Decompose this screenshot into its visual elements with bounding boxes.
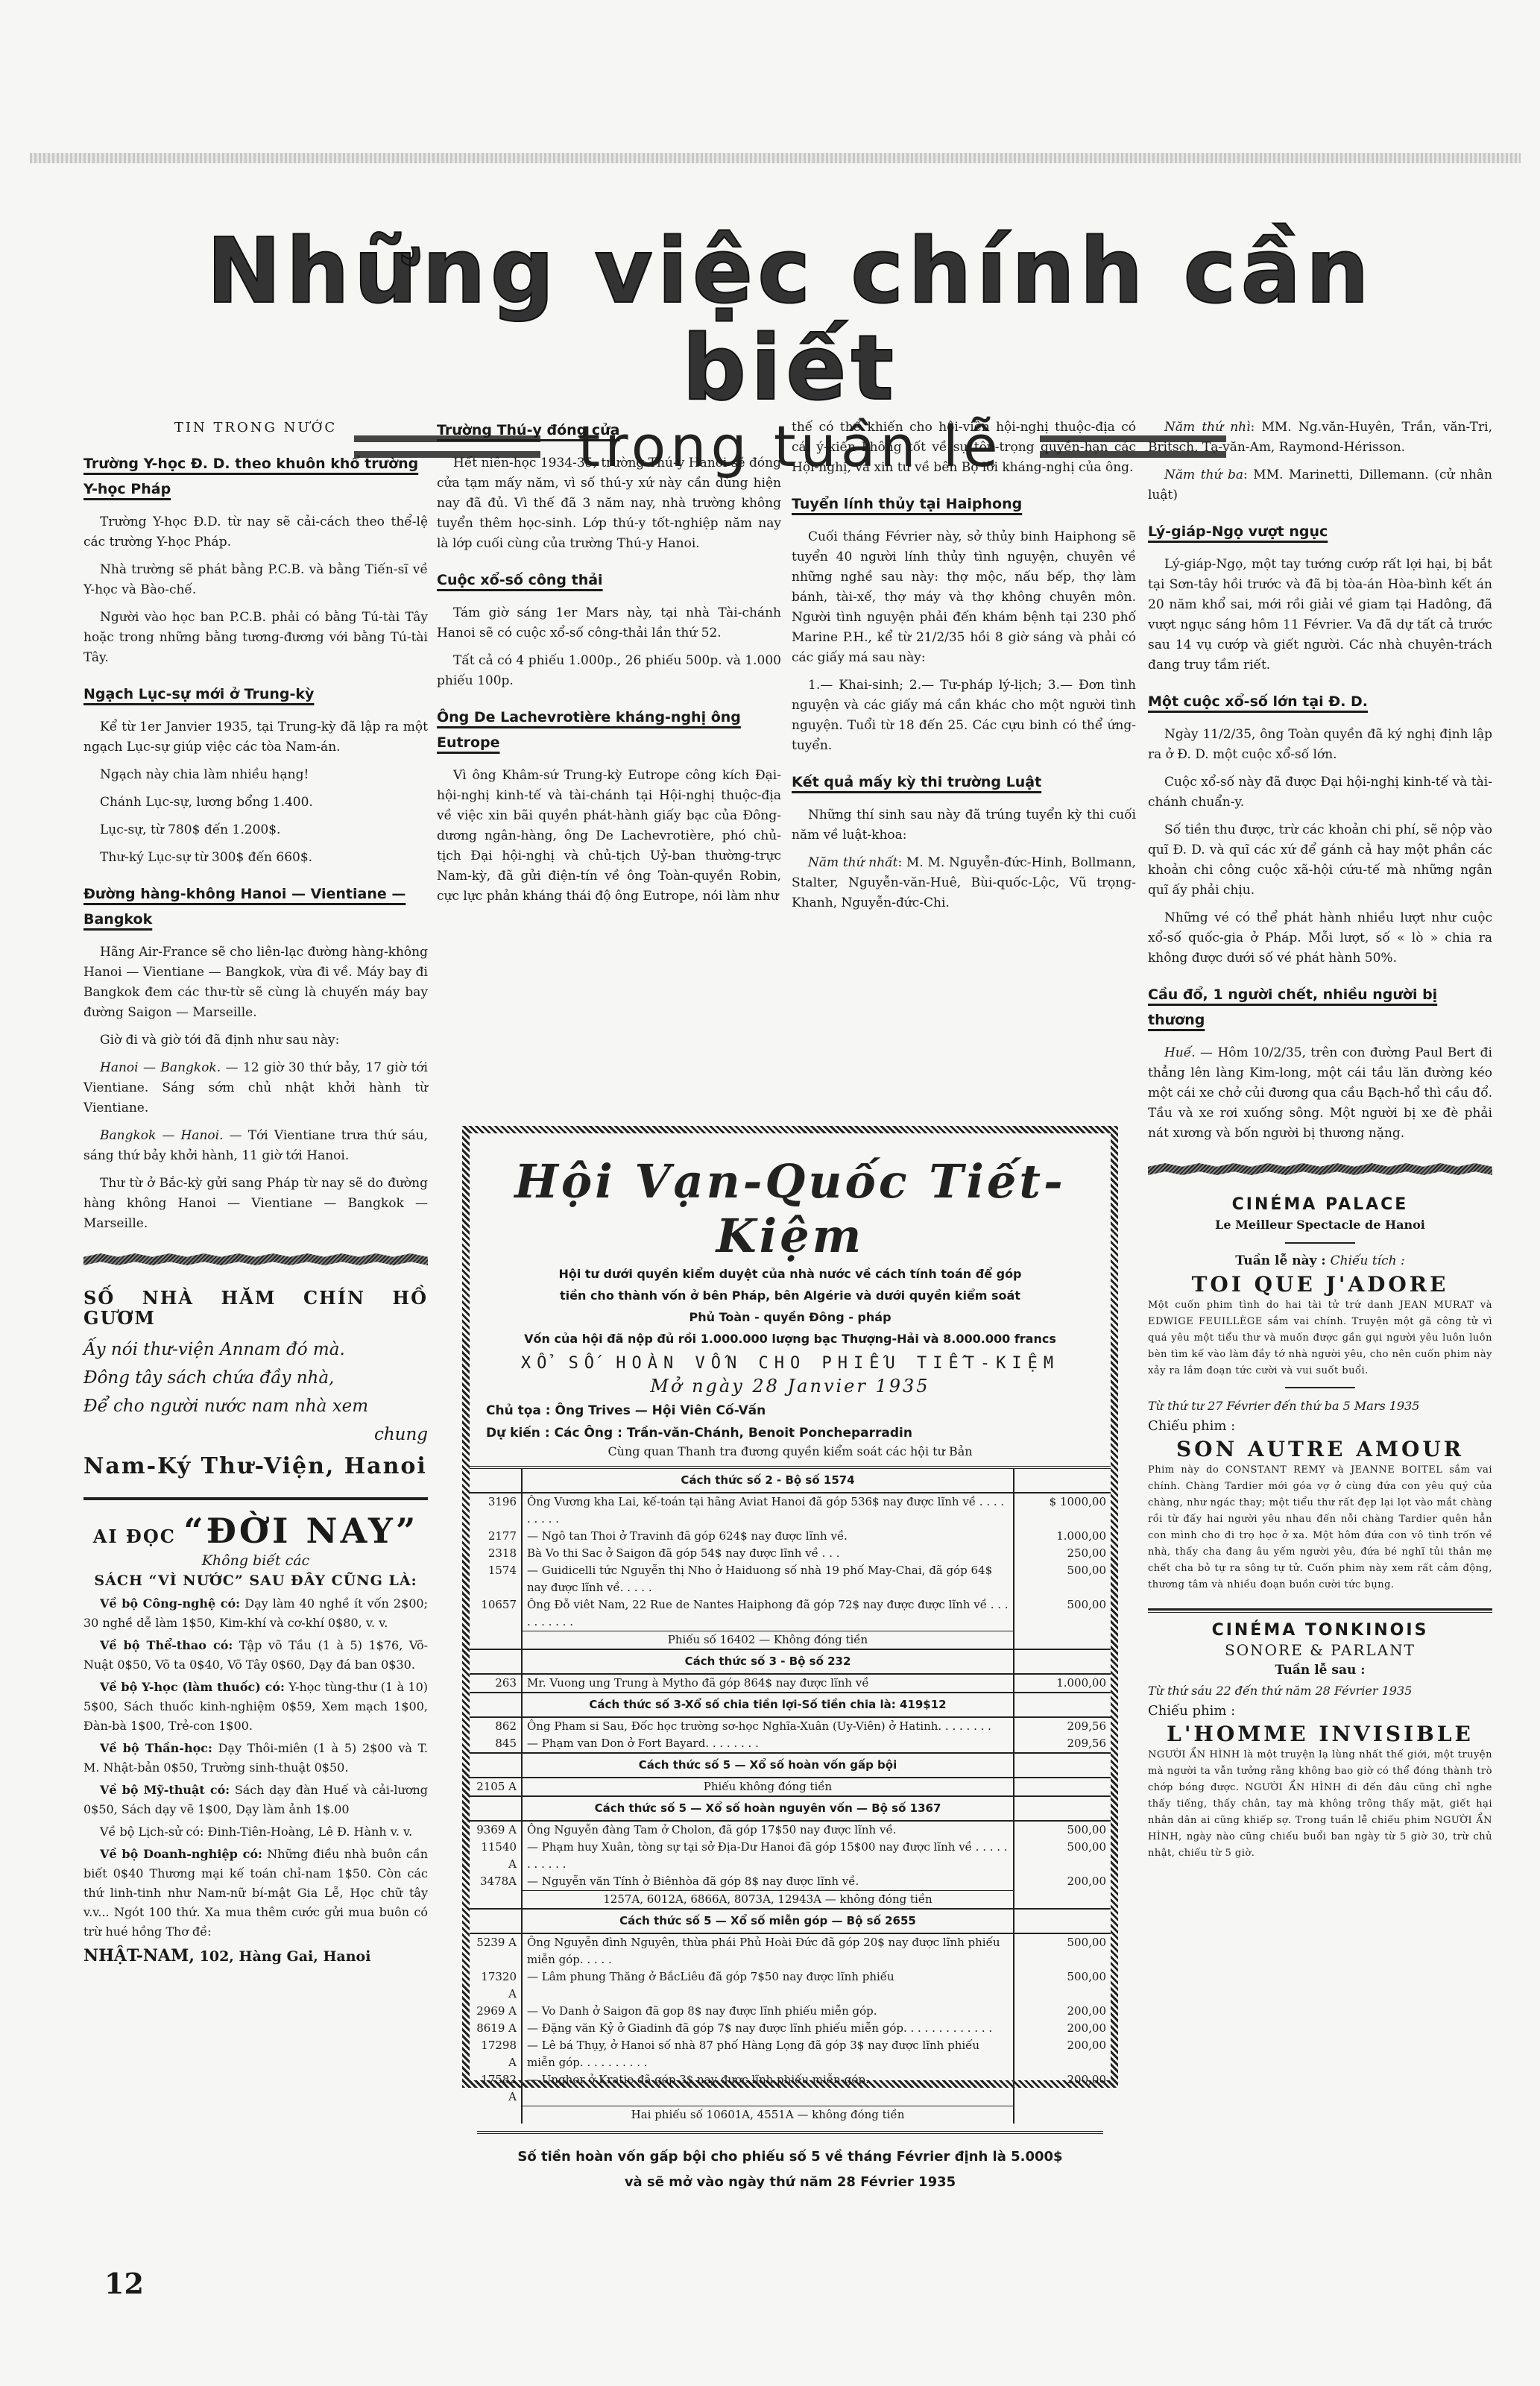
payout-amount <box>1014 1753 1111 1778</box>
winner-description: Ông Đỗ viêt Nam, 22 Rue de Nantes Haipho… <box>522 1596 1014 1631</box>
table-row: 2969 A— Vo Danh ở Saigon đã gop 8$ nay đ… <box>470 2003 1111 2020</box>
payout-amount <box>1014 1891 1111 1910</box>
payout-amount: $ 1000,00 <box>1014 1493 1111 1528</box>
table-section-header: Cách thức số 3 - Bộ số 232 <box>470 1649 1111 1674</box>
table-row: 17298 A— Lê bá Thụy, ở Hanoi số nhà 87 p… <box>470 2037 1111 2071</box>
ticket-number: 1574 <box>470 1562 522 1596</box>
table-section-header: Cách thức số 5 — Xổ số hoàn vốn gấp bội <box>470 1753 1111 1778</box>
ticket-number: 3478A <box>470 1873 522 1891</box>
article-headline: Kết quả mấy kỳ thi trường Luật <box>792 769 1136 795</box>
ticket-number: 2318 <box>470 1545 522 1562</box>
article-paragraph: Ngày 11/2/35, ông Toàn quyền đã ký nghị … <box>1148 725 1492 765</box>
book-category: Về bộ Thần-học: Dạy Thôi-miên (1 à 5) 2$… <box>83 1739 428 1778</box>
ticket-number: 10657 <box>470 1596 522 1631</box>
table-row: 1574— Guidicelli tức Nguyễn thị Nho ở Ha… <box>470 1562 1111 1596</box>
article-paragraph: 1.— Khai-sinh; 2.— Tư-pháp lý-lịch; 3.— … <box>792 676 1136 756</box>
payout-amount: 500,00 <box>1014 1933 1111 1968</box>
article-paragraph: Ngạch này chia làm nhiều hạng! <box>83 765 428 785</box>
payout-amount: 200,00 <box>1014 2071 1111 2106</box>
ticket-number <box>470 1649 522 1674</box>
winner-description: Ông Vương kha Lai, kế-toán tại hãng Avia… <box>522 1493 1014 1528</box>
ad-heading: SỐ NHÀ HĂM CHÍN HỒ GƯƠM <box>83 1288 428 1328</box>
article-public-lottery: Cuộc xổ-số công thải Tám giờ sáng 1er Ma… <box>437 567 781 691</box>
article-paragraph: Vì ông Khâm-sứ Trung-kỳ Eutrope công kíc… <box>437 766 781 907</box>
payout-amount: 500,00 <box>1014 1839 1111 1873</box>
article-veterinary-school: Trường Thú-y đóng cửa Hết niên-học 1934-… <box>437 418 781 554</box>
route-label: Hanoi — Bangkok. <box>100 1060 221 1075</box>
cinema-name: CINÉMA TONKINOIS <box>1148 1620 1492 1640</box>
article-paragraph: Năm thứ nhì: MM. Ng.văn-Huyên, Trần, văn… <box>1148 418 1492 458</box>
double-rule <box>1148 1608 1492 1613</box>
table-row: 263Mr. Vuong ung Trung à Mytho đã góp 86… <box>470 1674 1111 1693</box>
table-row: 9369 AÔng Nguyễn đàng Tam ở Cholon, đã g… <box>470 1821 1111 1839</box>
book-category: Về bộ Lịch-sử có: Đinh-Tiên-Hoàng, Lê Đ.… <box>83 1822 428 1842</box>
article-paragraph: Tất cả có 4 phiếu 1.000p., 26 phiếu 500p… <box>437 651 781 691</box>
payout-amount <box>1014 1909 1111 1933</box>
winner-description: 1257A, 6012A, 6866A, 8073A, 12943A — khô… <box>522 1891 1014 1910</box>
table-note-row: Phiếu số 16402 — Không đóng tiền <box>470 1631 1111 1650</box>
table-row: 8619 A— Đặng văn Kỷ ở Giadinh đã góp 7$ … <box>470 2020 1111 2037</box>
payout-amount: 200,00 <box>1014 2037 1111 2071</box>
article-paragraph: Chánh Lục-sự, lương bổng 1.400. <box>83 793 428 813</box>
article-headline: Cuộc xổ-số công thải <box>437 567 781 593</box>
winner-description: — Nguyễn văn Tính ở Biênhòa đã góp 8$ na… <box>522 1873 1014 1891</box>
table-row: 10657Ông Đỗ viêt Nam, 22 Rue de Nantes H… <box>470 1596 1111 1631</box>
book-category: Về bộ Y-học (làm thuốc) có: Y-học tùng-t… <box>83 1678 428 1736</box>
article-headline: Ngạch Lục-sự mới ở Trung-kỳ <box>83 682 428 707</box>
payout-amount <box>1014 1796 1111 1821</box>
table-note-row: 1257A, 6012A, 6866A, 8073A, 12943A — khô… <box>470 1891 1111 1910</box>
article-headline: Trường Thú-y đóng cửa <box>437 418 781 443</box>
page-number: 12 <box>104 2267 144 2300</box>
article-headline: Một cuộc xổ-số lớn tại Đ. D. <box>1148 689 1492 714</box>
ad-cinema-palace: CINÉMA PALACE Le Meilleur Spectacle de H… <box>1148 1194 1492 1593</box>
payout-amount: 250,00 <box>1014 1545 1111 1562</box>
article-paragraph: Thư từ ở Bắc-kỳ gửi sang Pháp từ nay sẽ … <box>83 1174 428 1234</box>
book-category: Về bộ Mỹ-thuật có: Sách dạy đàn Huế và c… <box>83 1781 428 1819</box>
short-rule <box>1285 1387 1355 1388</box>
article-air-route: Đường hàng-không Hanoi — Vientiane — Ban… <box>83 881 428 1234</box>
payout-amount <box>1014 1649 1111 1674</box>
ticket-number: 862 <box>470 1717 522 1735</box>
article-medical-school: Trường Y-học Đ. D. theo khuôn khổ trường… <box>83 451 428 668</box>
article-paragraph: Trường Y-học Đ.D. từ nay sẽ cải-cách the… <box>83 512 428 553</box>
article-paragraph: Lý-giáp-Ngọ, một tay tướng cướp rất lợi … <box>1148 555 1492 676</box>
table-row: 17320 A— Lâm phung Thăng ở BắcLiêu đã gó… <box>470 1968 1111 2003</box>
winner-description: — Vo Danh ở Saigon đã gop 8$ nay được lĩ… <box>522 2003 1014 2020</box>
ticket-number <box>470 1753 522 1778</box>
column-3: thế có thể khiến cho hội-viên hội-nghị t… <box>792 418 1136 921</box>
payout-amount: 500,00 <box>1014 1596 1111 1631</box>
route-label: Bangkok — Hanoi. <box>100 1128 224 1143</box>
ticket-number: 263 <box>470 1674 522 1693</box>
article-paragraph: Những thí sinh sau này đã trúng tuyển kỳ… <box>792 805 1136 846</box>
article-paragraph: Cuối tháng Février này, sở thủy binh Hai… <box>792 527 1136 668</box>
article-paragraph: Hết niên-học 1934-35, trường Thú-y Hanoi… <box>437 453 781 554</box>
film-description: Một cuốn phim tình do hai tài tử trứ dan… <box>1148 1297 1492 1379</box>
table-note-row: Hai phiếu số 10601A, 4551A — không đóng … <box>470 2106 1111 2124</box>
payout-amount: 1.000,00 <box>1014 1674 1111 1693</box>
winner-description: — Lê bá Thụy, ở Hanoi số nhà 87 phố Hàng… <box>522 2037 1014 2071</box>
ticket-number <box>470 1631 522 1650</box>
publisher-address: NHẬT-NAM, 102, Hàng Gai, Hanoi <box>83 1946 428 1967</box>
article-paragraph: Hãng Air-France sẽ cho liên-lạc đường hà… <box>83 942 428 1023</box>
ticket-number <box>470 2106 522 2124</box>
winner-description: — Phạm van Don ở Fort Bayard. . . . . . … <box>522 1735 1014 1753</box>
winner-description: Cách thức số 5 — Xổ số hoàn vốn gấp bội <box>522 1753 1014 1778</box>
table-row: 2105 APhiếu không đóng tiền <box>470 1778 1111 1796</box>
winner-description: Phiếu số 16402 — Không đóng tiền <box>522 1631 1014 1650</box>
ad-title: Hội Vạn-Quốc Tiết-Kiệm <box>470 1154 1111 1263</box>
column-4: Năm thứ nhì: MM. Ng.văn-Huyên, Trần, văn… <box>1148 418 1492 1862</box>
table-row: 5239 AÔng Nguyễn đình Nguyên, thừa phái … <box>470 1933 1111 1968</box>
article-paragraph: Những vé có thể phát hành nhiều lượt như… <box>1148 908 1492 969</box>
table-row: 3478A— Nguyễn văn Tính ở Biênhòa đã góp … <box>470 1873 1111 1891</box>
article-paragraph: Năm thứ nhất: M. M. Nguyễn-đức-Hinh, Bol… <box>792 853 1136 913</box>
article-headline: Đường hàng-không Hanoi — Vientiane — Ban… <box>83 881 428 932</box>
article-paragraph: Kể từ 1er Janvier 1935, tại Trung-kỳ đã … <box>83 717 428 758</box>
ticket-number: 17582 A <box>470 2071 522 2106</box>
winner-description: Cách thức số 3 - Bộ số 232 <box>522 1649 1014 1674</box>
article-paragraph: Năm thứ ba: MM. Marinetti, Dillemann. (c… <box>1148 465 1492 506</box>
table-row: 845— Phạm van Don ở Fort Bayard. . . . .… <box>470 1735 1111 1753</box>
payout-amount: 200,00 <box>1014 2003 1111 2020</box>
column-1: TIN TRONG NƯỚC Trường Y-học Đ. D. theo k… <box>83 418 428 1967</box>
book-category: Về bộ Thể-thao có: Tập võ Tầu (1 à 5) 1$… <box>83 1636 428 1675</box>
ad-poem: Ấy nói thư-viện Annam đó mà. Đông tây sá… <box>83 1335 428 1449</box>
film-description: NGƯỜI ẨN HÌNH là một truyện lạ lùng nhất… <box>1148 1747 1492 1862</box>
ticket-number: 2969 A <box>470 2003 522 2020</box>
ad-hoi-van-quoc-tiet-kiem: Hội Vạn-Quốc Tiết-Kiệm Hội tư dưới quyền… <box>470 1133 1111 2195</box>
article-navy-recruit: Tuyển lính thủy tại Haiphong Cuối tháng … <box>792 491 1136 756</box>
payout-amount <box>1014 1631 1111 1650</box>
winner-description: Cách thức số 2 - Bộ số 1574 <box>522 1467 1014 1493</box>
film-description: Phim này do CONSTANT REMY và JEANNE BOIT… <box>1148 1462 1492 1593</box>
article-paragraph-continued: thế có thể khiến cho hội-viên hội-nghị t… <box>792 418 1136 478</box>
ticket-number <box>470 1693 522 1717</box>
short-rule <box>1285 1242 1355 1244</box>
lottery-results-table: Cách thức số 2 - Bộ số 15743196Ông Vương… <box>470 1466 1111 2124</box>
winner-description: — Đặng văn Kỷ ở Giadinh đã góp 7$ nay đư… <box>522 2020 1014 2037</box>
film-title: SON AUTRE AMOUR <box>1148 1439 1492 1459</box>
book-category: Về bộ Doanh-nghiệp có: Những điều nhà bu… <box>83 1845 428 1942</box>
ticket-number <box>470 1796 522 1821</box>
payout-amount: 500,00 <box>1014 1562 1111 1596</box>
payout-amount <box>1014 1467 1111 1493</box>
winner-description: Cách thức số 3-Xổ số chia tiền lợi-Số ti… <box>522 1693 1014 1717</box>
ad-footer: Số tiền hoàn vốn gấp bội cho phiếu số 5 … <box>477 2131 1103 2195</box>
ticket-number: 2105 A <box>470 1778 522 1796</box>
ad-heading: AI ĐỌC “ĐỜI NAY” <box>83 1521 428 1546</box>
horizontal-rule <box>83 1497 428 1500</box>
ticket-number <box>470 1467 522 1493</box>
ticket-number: 845 <box>470 1735 522 1753</box>
winner-description: — Phạm huy Xuân, tòng sự tại sở Địa-Dư H… <box>522 1839 1014 1873</box>
article-paragraph: Nhà trường sẽ phát bằng P.C.B. và bằng T… <box>83 560 428 600</box>
table-row: 862Ông Pham si Sau, Đốc học trường sơ-họ… <box>470 1717 1111 1735</box>
top-border-strip <box>30 153 1521 163</box>
wavy-divider <box>1148 1163 1492 1175</box>
article-prison-escape: Lý-giáp-Ngọ vượt ngục Lý-giáp-Ngọ, một t… <box>1148 519 1492 676</box>
ticket-number: 9369 A <box>470 1821 522 1839</box>
winner-description: — Lâm phung Thăng ở BắcLiêu đã góp 7$50 … <box>522 1968 1014 2003</box>
payout-amount <box>1014 1693 1111 1717</box>
cinema-name: CINÉMA PALACE <box>1148 1194 1492 1215</box>
winner-description: — Guidicelli tức Nguyễn thị Nho ở Haiduo… <box>522 1562 1014 1596</box>
winner-description: Phiếu không đóng tiền <box>522 1778 1014 1796</box>
film-title: L'HOMME INVISIBLE <box>1148 1724 1492 1744</box>
article-big-lottery: Một cuộc xổ-số lớn tại Đ. D. Ngày 11/2/3… <box>1148 689 1492 969</box>
book-category: Về bộ Công-nghệ có: Dạy làm 40 nghề ít v… <box>83 1594 428 1633</box>
article-paragraph: Thư-ký Lục-sự từ 300$ đến 660$. <box>83 848 428 868</box>
winner-description: Ông Pham si Sau, Đốc học trường sơ-học N… <box>522 1717 1014 1735</box>
publication-name: “ĐỜI NAY” <box>183 1511 418 1551</box>
table-section-header: Cách thức số 5 — Xổ số hoàn nguyên vốn —… <box>470 1796 1111 1821</box>
article-headline: Ông De Lachevrotière kháng-nghị ông Eutr… <box>437 705 781 755</box>
ticket-number <box>470 1891 522 1910</box>
article-lachevrotiere-protest: Ông De Lachevrotière kháng-nghị ông Eutr… <box>437 705 781 907</box>
article-clerk-grade: Ngạch Lục-sự mới ở Trung-kỳ Kể từ 1er Ja… <box>83 682 428 868</box>
winner-description: Ông Nguyễn đàng Tam ở Cholon, đã góp 17$… <box>522 1821 1014 1839</box>
article-paragraph: Số tiền thu được, trừ các khoản chi phí,… <box>1148 820 1492 901</box>
payout-amount: 1.000,00 <box>1014 1528 1111 1545</box>
winner-description: Mr. Vuong ung Trung à Mytho đã góp 864$ … <box>522 1674 1014 1693</box>
article-headline: Trường Y-học Đ. D. theo khuôn khổ trường… <box>83 451 428 502</box>
ticket-number: 3196 <box>470 1493 522 1528</box>
payout-amount: 209,56 <box>1014 1735 1111 1753</box>
table-row: 2177— Ngô tan Thoi ở Travinh đã góp 624$… <box>470 1528 1111 1545</box>
article-paragraph: Hanoi — Bangkok. — 12 giờ 30 thứ bảy, 17… <box>83 1058 428 1118</box>
article-headline: Tuyển lính thủy tại Haiphong <box>792 491 1136 517</box>
ticket-number: 5239 A <box>470 1933 522 1968</box>
payout-amount: 200,00 <box>1014 1873 1111 1891</box>
payout-amount: 209,56 <box>1014 1717 1111 1735</box>
ad-signature: Nam-Ký Thư-Viện, Hanoi <box>83 1456 428 1476</box>
table-section-header: Cách thức số 5 — Xổ số miễn góp — Bộ số … <box>470 1909 1111 1933</box>
ad-cinema-tonkinois: CINÉMA TONKINOIS SONORE & PARLANT Tuần l… <box>1148 1620 1492 1862</box>
payout-amount: 200,00 <box>1014 2020 1111 2037</box>
article-bridge-collapse: Cầu đổ, 1 người chết, nhiều người bị thư… <box>1148 982 1492 1144</box>
article-paragraph: Giờ đi và giờ tới đã định như sau này: <box>83 1030 428 1051</box>
table-row: 17582 A— Unghor ở Kratie đã góp 3$ nay đ… <box>470 2071 1111 2106</box>
payout-amount: 500,00 <box>1014 1821 1111 1839</box>
page-title: Những việc chính cần biết <box>179 224 1401 418</box>
winner-description: — Ngô tan Thoi ở Travinh đã góp 624$ nay… <box>522 1528 1014 1545</box>
film-title: TOI QUE J'ADORE <box>1148 1274 1492 1294</box>
ad-nam-ky-library: SỐ NHÀ HĂM CHÍN HỒ GƯƠM Ấy nói thư-viện … <box>83 1288 428 1476</box>
payout-amount <box>1014 1778 1111 1796</box>
article-law-exam-results: Kết quả mấy kỳ thi trường Luật Những thí… <box>792 769 1136 913</box>
ticket-number: 17298 A <box>470 2037 522 2071</box>
ticket-number: 8619 A <box>470 2020 522 2037</box>
article-headline: Lý-giáp-Ngọ vượt ngục <box>1148 519 1492 544</box>
winner-description: Cách thức số 5 — Xổ số miễn góp — Bộ số … <box>522 1909 1014 1933</box>
ticket-number: 17320 A <box>470 1968 522 2003</box>
table-section-header: Cách thức số 3-Xổ số chia tiền lợi-Số ti… <box>470 1693 1111 1717</box>
section-kicker: TIN TRONG NƯỚC <box>83 418 428 438</box>
article-paragraph: Lục-sự, từ 780$ đến 1.200$. <box>83 820 428 840</box>
winner-description: — Unghor ở Kratie đã góp 3$ nay được lĩn… <box>522 2071 1014 2106</box>
wavy-divider <box>83 1253 428 1265</box>
ticket-number <box>470 1909 522 1933</box>
table-row: 11540 A— Phạm huy Xuân, tòng sự tại sở Đ… <box>470 1839 1111 1873</box>
winner-description: Cách thức số 5 — Xổ số hoàn nguyên vốn —… <box>522 1796 1014 1821</box>
article-paragraph: Tám giờ sáng 1er Mars này, tại nhà Tài-c… <box>437 603 781 643</box>
ticket-number: 11540 A <box>470 1839 522 1873</box>
winner-description: Bà Vo thi Sac ở Saigon đã góp 54$ nay đư… <box>522 1545 1014 1562</box>
book-list: Về bộ Công-nghệ có: Dạy làm 40 nghề ít v… <box>83 1594 428 1942</box>
column-2: Trường Thú-y đóng cửa Hết niên-học 1934-… <box>437 418 781 914</box>
article-paragraph: Cuộc xổ-số này đã được Đại hội-nghị kinh… <box>1148 772 1492 813</box>
article-paragraph: Huế. — Hôm 10/2/35, trên con đường Paul … <box>1148 1043 1492 1144</box>
ad-doi-nay-books: AI ĐỌC “ĐỜI NAY” Không biết các SÁCH “VÌ… <box>83 1521 428 1967</box>
winner-description: Ông Nguyễn đình Nguyên, thừa phái Phủ Ho… <box>522 1933 1014 1968</box>
table-row: 3196Ông Vương kha Lai, kế-toán tại hãng … <box>470 1493 1111 1528</box>
winner-description: Hai phiếu số 10601A, 4551A — không đóng … <box>522 2106 1014 2124</box>
table-row: 2318Bà Vo thi Sac ở Saigon đã góp 54$ na… <box>470 1545 1111 1562</box>
ticket-number: 2177 <box>470 1528 522 1545</box>
article-paragraph: Người vào học ban P.C.B. phải có bằng Tú… <box>83 608 428 668</box>
table-section-header: Cách thức số 2 - Bộ số 1574 <box>470 1467 1111 1493</box>
payout-amount <box>1014 2106 1111 2124</box>
article-headline: Cầu đổ, 1 người chết, nhiều người bị thư… <box>1148 982 1492 1033</box>
payout-amount: 500,00 <box>1014 1968 1111 2003</box>
article-paragraph: Bangkok — Hanoi. — Tới Vientiane trưa th… <box>83 1126 428 1166</box>
